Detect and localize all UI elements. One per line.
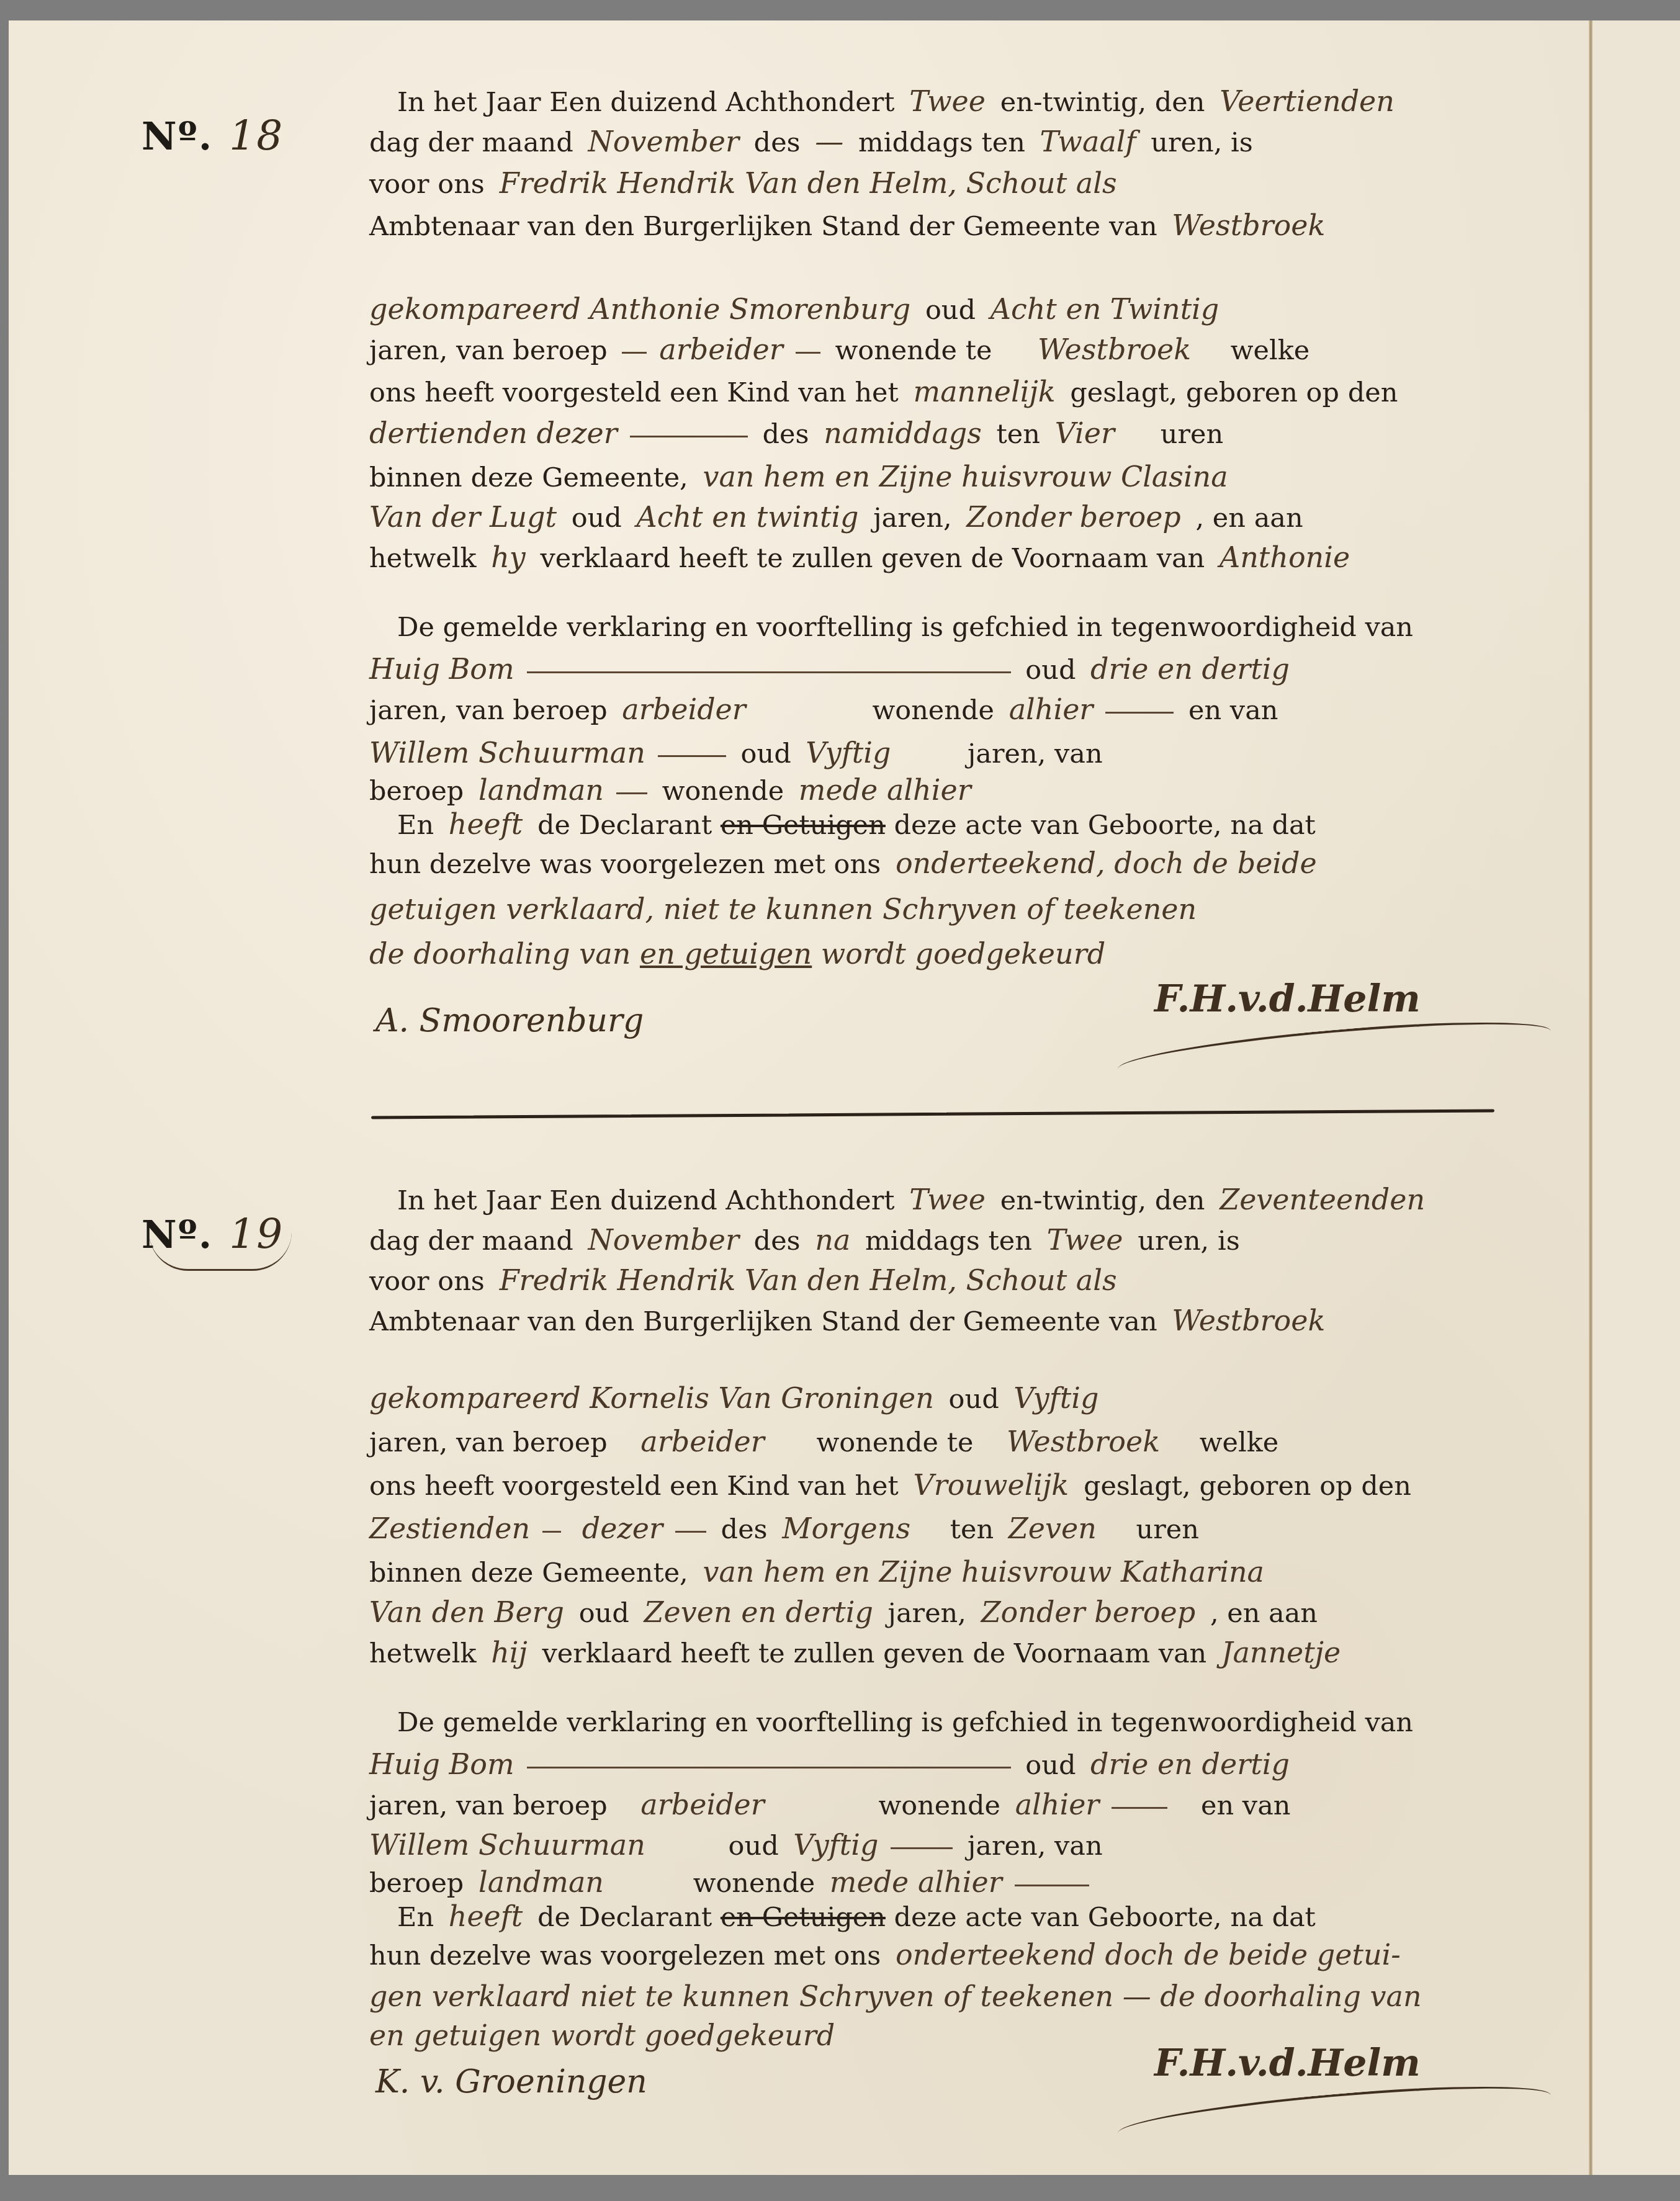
handwritten-day: Veertienden: [1220, 84, 1395, 118]
handwritten-year: Twee: [909, 84, 986, 118]
printed-text: voor ons: [369, 169, 485, 200]
handwritten-witness-1-age: drie en dertig: [1090, 1747, 1290, 1781]
printed-text: , en aan: [1210, 1598, 1318, 1629]
handwritten-mother-occupation: Zonder beroep: [966, 500, 1181, 534]
printed-text: jaren, van: [968, 738, 1103, 769]
printed-text: des: [721, 1514, 768, 1545]
printed-text: geslagt, geboren op den: [1070, 377, 1398, 408]
handwritten-witness-2-residence: mede alhier: [830, 1865, 1002, 1899]
handwritten-mother-age: Zeven en dertig: [644, 1595, 873, 1629]
record-line-6: jaren, van beroep arbeider wonende te We…: [369, 335, 1511, 364]
nr-label: Nº.: [141, 114, 213, 159]
record-line-4: Ambtenaar van den Burgerlijken Stand der…: [369, 211, 1511, 240]
handwritten-witness-1-residence: alhier: [1015, 1788, 1100, 1821]
record-line-11: hetwelk hy verklaard heeft te zullen gev…: [369, 543, 1511, 572]
handwritten-witness-2-occupation: landman: [478, 773, 604, 807]
handwritten-residence: Westbroek: [1007, 1425, 1160, 1458]
handwritten-closing: wordt goedgekeurd: [821, 937, 1105, 971]
record-line-20: en getuigen wordt goedgekeurd: [369, 2019, 835, 2052]
handwritten-prefix: —: [815, 125, 843, 158]
handwritten-closing: de doorhaling van: [369, 937, 631, 971]
printed-text: wonende te: [816, 1427, 973, 1458]
printed-text: en-twintig, den: [1000, 87, 1205, 118]
record-line-20: de doorhaling van en getuigen wordt goed…: [369, 937, 1105, 971]
entry-number-label: Nº.18: [141, 112, 284, 159]
printed-text: en-twintig, den: [1000, 1185, 1205, 1216]
handwritten-sex: Vrouwelijk: [914, 1468, 1069, 1502]
printed-text: wonende: [662, 776, 784, 807]
record-line-2: dag der maand November des na middags te…: [369, 1226, 1511, 1255]
handwritten-mother-occupation: Zonder beroep: [981, 1595, 1196, 1629]
record-line-10: Van der Lugt oud Acht en twintig jaren, …: [369, 503, 1511, 532]
printed-text: jaren, van beroep: [369, 1790, 608, 1821]
record-line-15: Willem Schuurman oud Vyftig jaren, van: [369, 738, 1511, 768]
handwritten-witness-2-residence: mede alhier: [799, 773, 971, 807]
printed-text: En: [397, 810, 434, 841]
printed-text: dag der maand: [369, 1226, 573, 1257]
printed-text: ten: [997, 419, 1040, 450]
printed-text: en van: [1201, 1790, 1290, 1821]
signature-declarant: K. v. Groeningen: [375, 2063, 647, 2100]
printed-text: middags ten: [858, 127, 1025, 158]
handwritten-birth-day: dertienden dezer: [369, 416, 618, 450]
handwritten-mother: van hem en Zijne huisvrouw Katharina: [703, 1555, 1264, 1589]
record-line-10: Van den Berg oud Zeven en dertig jaren, …: [369, 1598, 1511, 1627]
handwritten-witness-1-occupation: arbeider: [622, 693, 745, 726]
printed-text: en van: [1188, 695, 1278, 726]
printed-text: binnen deze Gemeente,: [369, 462, 688, 493]
handwritten-witness-1: Huig Bom: [369, 652, 514, 686]
signature-declarant: A. Smoorenburg: [375, 1002, 644, 1039]
adjacent-page-margin: [1592, 20, 1680, 2175]
printed-text: oud: [579, 1598, 629, 1629]
handwritten-mother-surname: Van den Berg: [369, 1595, 564, 1629]
handwritten-closing: onderteekend doch de beide getui-: [896, 1938, 1401, 1971]
record-line-17: En heeft de Declarant en Getuigen deze a…: [397, 1902, 1539, 1931]
handwritten-pronoun: hij: [491, 1636, 528, 1669]
printed-text: oud: [949, 1384, 999, 1415]
printed-text: des: [754, 127, 801, 158]
printed-text: oud: [925, 295, 976, 326]
handwritten-year: Twee: [909, 1183, 986, 1216]
printed-text: wonende: [878, 1790, 1000, 1821]
printed-text: De gemelde verklaring en voorftelling is…: [397, 612, 1413, 643]
record-line-18: hun dezelve was voorgelezen met ons onde…: [369, 849, 1511, 878]
handwritten-closing: gen verklaard niet te kunnen Schryven of…: [369, 1979, 1422, 2013]
printed-text: oud: [1025, 655, 1076, 686]
record-line-4: Ambtenaar van den Burgerlijken Stand der…: [369, 1306, 1511, 1335]
handwritten-birth-day: Zestienden: [369, 1512, 530, 1545]
printed-text: geslagt, geboren op den: [1084, 1471, 1411, 1502]
record-line-19: getuigen verklaard, niet te kunnen Schry…: [369, 892, 1197, 926]
printed-text: hun dezelve was voorgelezen met ons: [369, 1940, 881, 1971]
printed-text: hetwelk: [369, 1638, 476, 1669]
printed-text: In het Jaar Een duizend Achthondert: [397, 1185, 895, 1216]
handwritten-time-of-day: Morgens: [782, 1512, 910, 1545]
record-line-6: jaren, van beroep arbeider wonende te We…: [369, 1427, 1511, 1456]
handwritten-mother-age: Acht en twintig: [637, 500, 859, 534]
record-line-3: voor ons Fredrik Hendrik Van den Helm, S…: [369, 1266, 1511, 1295]
record-line-17: En heeft de Declarant en Getuigen deze a…: [397, 810, 1539, 839]
printed-text: De gemelde verklaring en voorftelling is…: [397, 1707, 1413, 1738]
handwritten-birth-day: dezer: [582, 1512, 663, 1545]
handwritten-child-name: Jannetje: [1221, 1636, 1341, 1669]
handwritten-municipality: Westbroek: [1172, 1304, 1325, 1337]
printed-text: beroep: [369, 776, 464, 807]
printed-text: oud: [1025, 1750, 1076, 1781]
printed-text: voor ons: [369, 1266, 485, 1297]
record-line-7: ons heeft voorgesteld een Kind van het m…: [369, 377, 1511, 406]
record-line-9: binnen deze Gemeente, van hem en Zijne h…: [369, 1558, 1511, 1587]
record-line-12: De gemelde verklaring en voorftelling is…: [397, 614, 1539, 641]
handwritten-closing: getuigen verklaard, niet te kunnen Schry…: [369, 892, 1197, 926]
handwritten-witness-1: Huig Bom: [369, 1747, 514, 1781]
printed-text: uren, is: [1138, 1226, 1240, 1257]
handwritten-birth-hour: Zeven: [1008, 1512, 1097, 1545]
signature-official: F.H.v.d.Helm: [1154, 2042, 1421, 2085]
printed-text: oud: [741, 738, 791, 769]
printed-text: uren: [1161, 419, 1223, 450]
record-line-8: Zestienden dezer des Morgens ten Zeven u…: [369, 1514, 1511, 1543]
record-line-8: dertienden dezer des namiddags ten Vier …: [369, 419, 1511, 448]
handwritten-declarant: gekompareerd Kornelis Van Groningen: [369, 1381, 934, 1415]
printed-text: des: [762, 419, 809, 450]
handwritten-time-of-day: namiddags: [824, 416, 982, 450]
record-line-18: hun dezelve was voorgelezen met ons onde…: [369, 1940, 1511, 1970]
handwritten-witness-1-occupation: arbeider: [640, 1788, 764, 1821]
record-line-5: gekompareerd Anthonie Smorenburg oud Ach…: [369, 295, 1511, 324]
printed-text: uren: [1136, 1514, 1198, 1545]
handwritten-witness-2: Willem Schuurman: [369, 1828, 645, 1862]
printed-text: welke: [1200, 1427, 1279, 1458]
printed-text: binnen deze Gemeente,: [369, 1558, 688, 1589]
handwritten-age: Acht en Twintig: [990, 292, 1220, 326]
handwritten-witness-2-age: Vyftig: [806, 736, 891, 769]
printed-text: uren, is: [1151, 127, 1253, 158]
printed-text: jaren,: [888, 1598, 966, 1629]
printed-text: jaren, van: [968, 1831, 1103, 1862]
handwritten-occupation: arbeider: [659, 333, 783, 366]
handwritten-hour: Twee: [1047, 1223, 1123, 1257]
record-line-16: beroep landman wonende mede alhier: [369, 1868, 1511, 1897]
handwritten-witness-1-residence: alhier: [1009, 693, 1094, 726]
record-line-14: jaren, van beroep arbeider wonende alhie…: [369, 1790, 1511, 1819]
printed-text: ons heeft voorgesteld een Kind van het: [369, 377, 899, 408]
printed-text: oud: [729, 1831, 779, 1862]
printed-text: jaren, van beroep: [369, 1427, 608, 1458]
handwritten-month: November: [588, 1223, 739, 1257]
handwritten-mother: van hem en Zijne huisvrouw Clasina: [703, 460, 1228, 493]
printed-text: ons heeft voorgesteld een Kind van het: [369, 1471, 899, 1502]
scan-background: [0, 2175, 1680, 2201]
printed-text: jaren, van beroep: [369, 695, 608, 726]
printed-text: dag der maand: [369, 127, 573, 158]
handwritten-municipality: Westbroek: [1172, 208, 1325, 242]
printed-text: verklaard heeft te zullen geven de Voorn…: [540, 543, 1205, 574]
record-line-7: ons heeft voorgesteld een Kind van het V…: [369, 1471, 1511, 1500]
record-line-19: gen verklaard niet te kunnen Schryven of…: [369, 1979, 1422, 2013]
printed-text: oud: [572, 503, 622, 534]
struck-through-text: en Getuigen: [721, 810, 886, 841]
handwritten-witness-2: Willem Schuurman: [369, 736, 645, 769]
printed-text: wonende: [872, 695, 994, 726]
printed-text: hetwelk: [369, 543, 476, 574]
printed-text: welke: [1231, 335, 1310, 366]
printed-text: wonende: [693, 1868, 815, 1899]
struck-through-text: en Getuigen: [721, 1902, 886, 1933]
signature-official: F.H.v.d.Helm: [1154, 977, 1421, 1021]
printed-text: verklaard heeft te zullen geven de Voorn…: [542, 1638, 1206, 1669]
printed-text: , en aan: [1196, 503, 1303, 534]
handwritten-pronoun: hy: [491, 540, 526, 574]
entry-number-flourish: [149, 1232, 292, 1271]
printed-text: de Declarant: [537, 1902, 712, 1933]
record-line-1: In het Jaar Een duizend Achthondert Twee…: [397, 1185, 1539, 1214]
handwritten-closing: onderteekend, doch de beide: [896, 846, 1317, 880]
handwritten-hour: Twaalf: [1040, 125, 1136, 158]
printed-text: des: [754, 1226, 801, 1257]
printed-text: wonende te: [835, 335, 992, 366]
printed-text: beroep: [369, 1868, 464, 1899]
handwritten-official: Fredrik Hendrik Van den Helm, Schout als: [500, 166, 1117, 200]
handwritten-declarant: gekompareerd Anthonie Smorenburg: [369, 292, 910, 326]
printed-text: jaren, van beroep: [369, 335, 608, 366]
handwritten-birth-hour: Vier: [1055, 416, 1115, 450]
handwritten-occupation: arbeider: [640, 1425, 764, 1458]
handwritten-residence: Westbroek: [1038, 333, 1191, 366]
record-line-11: hetwelk hij verklaard heeft te zullen ge…: [369, 1638, 1511, 1667]
handwritten-official: Fredrik Hendrik Van den Helm, Schout als: [500, 1263, 1117, 1297]
handwritten-prefix: na: [815, 1223, 850, 1257]
handwritten-age: Vyftig: [1013, 1381, 1098, 1415]
handwritten-month: November: [588, 125, 739, 158]
record-line-13: Huig Bom oud drie en dertig: [369, 655, 1511, 684]
record-line-5: gekompareerd Kornelis Van Groningen oud …: [369, 1384, 1511, 1413]
handwritten-verb: heeft: [449, 807, 523, 841]
printed-text: In het Jaar Een duizend Achthondert: [397, 87, 895, 118]
printed-text: jaren,: [873, 503, 951, 534]
record-line-12: De gemelde verklaring en voorftelling is…: [397, 1710, 1539, 1736]
record-line-16: beroep landman wonende mede alhier: [369, 776, 1511, 805]
record-line-1: In het Jaar Een duizend Achthondert Twee…: [397, 87, 1539, 116]
printed-text: Ambtenaar van den Burgerlijken Stand der…: [369, 211, 1157, 242]
record-line-9: binnen deze Gemeente, van hem en Zijne h…: [369, 462, 1511, 491]
record-line-15: Willem Schuurman oud Vyftig jaren, van: [369, 1831, 1511, 1860]
handwritten-closing: en getuigen wordt goedgekeurd: [369, 2019, 835, 2052]
handwritten-underlined: en getuigen: [640, 937, 812, 971]
record-line-13: Huig Bom oud drie en dertig: [369, 1750, 1511, 1779]
record-line-2: dag der maand November des — middags ten…: [369, 127, 1511, 156]
printed-text: deze acte van Geboorte, na dat: [894, 810, 1316, 841]
handwritten-verb: heeft: [449, 1899, 523, 1933]
handwritten-mother-surname: Van der Lugt: [369, 500, 557, 534]
printed-text: ten: [950, 1514, 994, 1545]
handwritten-sex: mannelijk: [914, 375, 1056, 408]
handwritten-witness-2-occupation: landman: [478, 1865, 604, 1899]
printed-text: de Declarant: [537, 810, 712, 841]
printed-text: deze acte van Geboorte, na dat: [894, 1902, 1316, 1933]
record-line-3: voor ons Fredrik Hendrik Van den Helm, S…: [369, 169, 1511, 198]
printed-text: En: [397, 1902, 434, 1933]
printed-text: Ambtenaar van den Burgerlijken Stand der…: [369, 1306, 1157, 1337]
record-line-14: jaren, van beroep arbeider wonende alhie…: [369, 695, 1511, 724]
printed-text: middags ten: [865, 1226, 1032, 1257]
handwritten-child-name: Anthonie: [1220, 540, 1350, 574]
printed-text: hun dezelve was voorgelezen met ons: [369, 849, 881, 880]
entry-number: 18: [229, 112, 284, 159]
handwritten-day: Zeventeenden: [1220, 1183, 1425, 1216]
handwritten-witness-1-age: drie en dertig: [1090, 652, 1290, 686]
handwritten-witness-2-age: Vyftig: [793, 1828, 878, 1862]
